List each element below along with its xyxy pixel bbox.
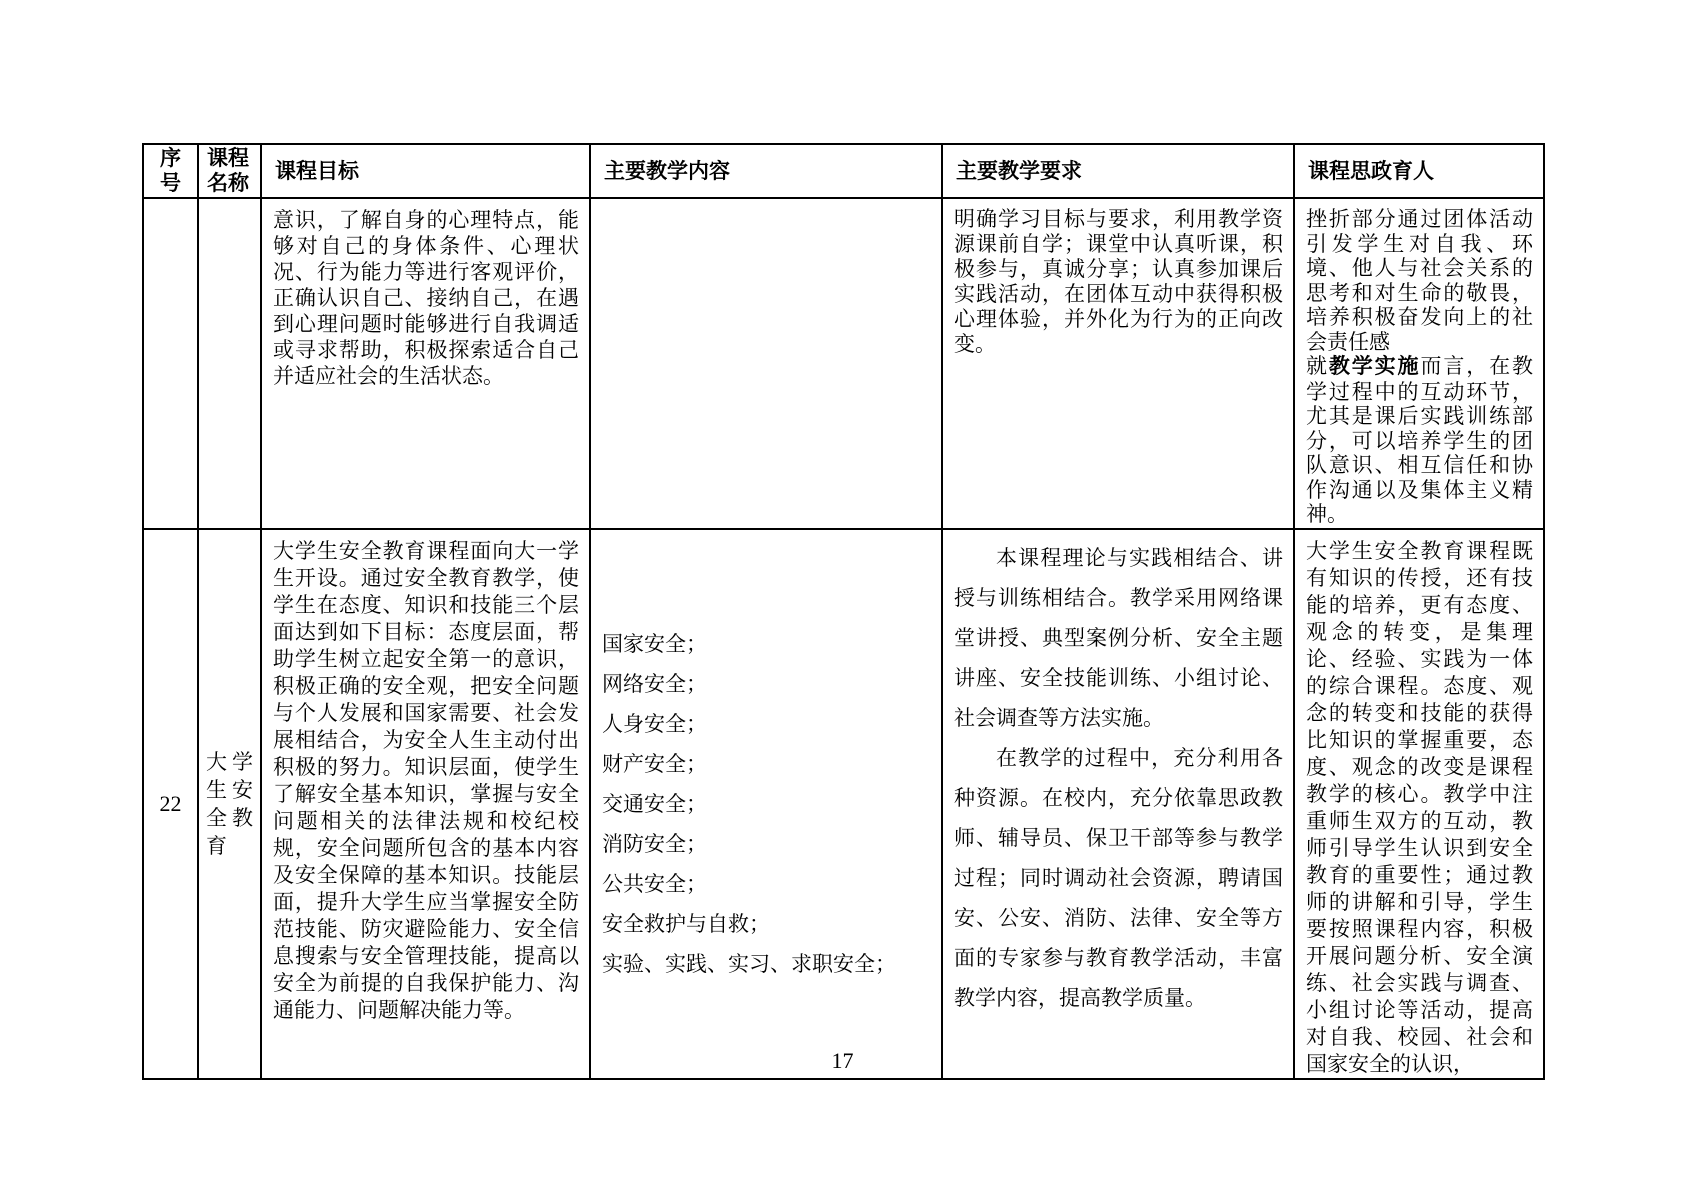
table-row-22: 22 大学生安全教育 大学生安全教育课程面向大一学生开设。通过安全教育教学，使学…: [143, 529, 1544, 1079]
content-item: 公共安全；: [591, 864, 941, 904]
content-item: 国家安全；: [591, 624, 941, 664]
cont-goal-text: 意识，了解自身的心理特点，能够对自己的身体条件、心理状况、行为能力等进行客观评价…: [262, 199, 589, 389]
document-page: 序号 课程名称 课程目标 主要教学内容 主要教学要求 课程思政育人 意识，了解自…: [0, 0, 1684, 1191]
content-item: 消防安全；: [591, 824, 941, 864]
row22-requirements-cell: 本课程理论与实践相结合、讲授与训练相结合。教学采用网络课堂讲授、典型案例分析、安…: [942, 529, 1294, 1079]
row22-requirements-paragraph-2: 在教学的过程中，充分利用各种资源。在校内，充分依靠思政教师、辅导员、保卫干部等参…: [954, 738, 1283, 1018]
header-teaching-content: 主要教学内容: [590, 144, 942, 198]
cont-ideology-paragraph-1: 挫折部分通过团体活动引发学生对自我、环境、他人与社会关系的思考和对生命的敬畏，培…: [1306, 207, 1533, 354]
cont-goal-cell: 意识，了解自身的心理特点，能够对自己的身体条件、心理状况、行为能力等进行客观评价…: [261, 198, 590, 529]
header-no: 序号: [143, 144, 198, 198]
header-course-name: 课程名称: [198, 144, 261, 198]
cont-requirements-cell: 明确学习目标与要求，利用教学资源课前自学；课堂中认真听课，积极参与，真诚分享；认…: [942, 198, 1294, 529]
row22-course-name: 大学生安全教育: [206, 748, 253, 860]
ideology-p2-bold-term: 教学实施: [1329, 355, 1421, 378]
row22-goal-text: 大学生安全教育课程面向大一学生开设。通过安全教育教学，使学生在态度、知识和技能三…: [262, 530, 589, 1024]
cont-ideology-text: 挫折部分通过团体活动引发学生对自我、环境、他人与社会关系的思考和对生命的敬畏，培…: [1295, 199, 1543, 527]
course-table: 序号 课程名称 课程目标 主要教学内容 主要教学要求 课程思政育人 意识，了解自…: [142, 143, 1545, 1080]
cont-content-cell: [590, 198, 942, 529]
content-item: 网络安全；: [591, 664, 941, 704]
content-item: 人身安全；: [591, 704, 941, 744]
page-number: 17: [142, 1048, 1543, 1074]
header-teaching-requirements: 主要教学要求: [942, 144, 1294, 198]
cont-ideology-paragraph-2: 就教学实施而言，在教学过程中的互动环节，尤其是课后实践训练部分，可以培养学生的团…: [1306, 354, 1533, 527]
cont-ideology-cell: 挫折部分通过团体活动引发学生对自我、环境、他人与社会关系的思考和对生命的敬畏，培…: [1294, 198, 1544, 529]
row22-name-cell: 大学生安全教育: [198, 529, 261, 1079]
header-course-goal: 课程目标: [261, 144, 590, 198]
cont-name-cell: [198, 198, 261, 529]
cont-requirements-text: 明确学习目标与要求，利用教学资源课前自学；课堂中认真听课，积极参与，真诚分享；认…: [943, 199, 1293, 357]
cont-no-cell: [143, 198, 198, 529]
row22-requirements-paragraph-1: 本课程理论与实践相结合、讲授与训练相结合。教学采用网络课堂讲授、典型案例分析、安…: [954, 538, 1283, 738]
table-row-continuation: 意识，了解自身的心理特点，能够对自己的身体条件、心理状况、行为能力等进行客观评价…: [143, 198, 1544, 529]
ideology-p2-prefix: 就: [1306, 354, 1329, 378]
ideology-p2-rest: 而言，在教学过程中的互动环节，尤其是课后实践训练部分，可以培养学生的团队意识、相…: [1306, 354, 1533, 526]
header-ideology: 课程思政育人: [1294, 144, 1544, 198]
content-item: 安全救护与自救；: [591, 904, 941, 944]
header-row: 序号 课程名称 课程目标 主要教学内容 主要教学要求 课程思政育人: [143, 144, 1544, 198]
row22-ideology-text: 大学生安全教育课程既有知识的传授，还有技能的培养，更有态度、观念的转变，是集理论…: [1295, 530, 1543, 1078]
content-item: 交通安全；: [591, 784, 941, 824]
row22-ideology-cell: 大学生安全教育课程既有知识的传授，还有技能的培养，更有态度、观念的转变，是集理论…: [1294, 529, 1544, 1079]
row22-content-cell: 国家安全； 网络安全； 人身安全； 财产安全； 交通安全； 消防安全； 公共安全…: [590, 529, 942, 1079]
content-item: 财产安全；: [591, 744, 941, 784]
row22-goal-cell: 大学生安全教育课程面向大一学生开设。通过安全教育教学，使学生在态度、知识和技能三…: [261, 529, 590, 1079]
content-item: 实验、实践、实习、求职安全；: [591, 944, 941, 984]
row22-requirements-text: 本课程理论与实践相结合、讲授与训练相结合。教学采用网络课堂讲授、典型案例分析、安…: [943, 530, 1293, 1018]
row22-no-cell: 22: [143, 529, 198, 1079]
